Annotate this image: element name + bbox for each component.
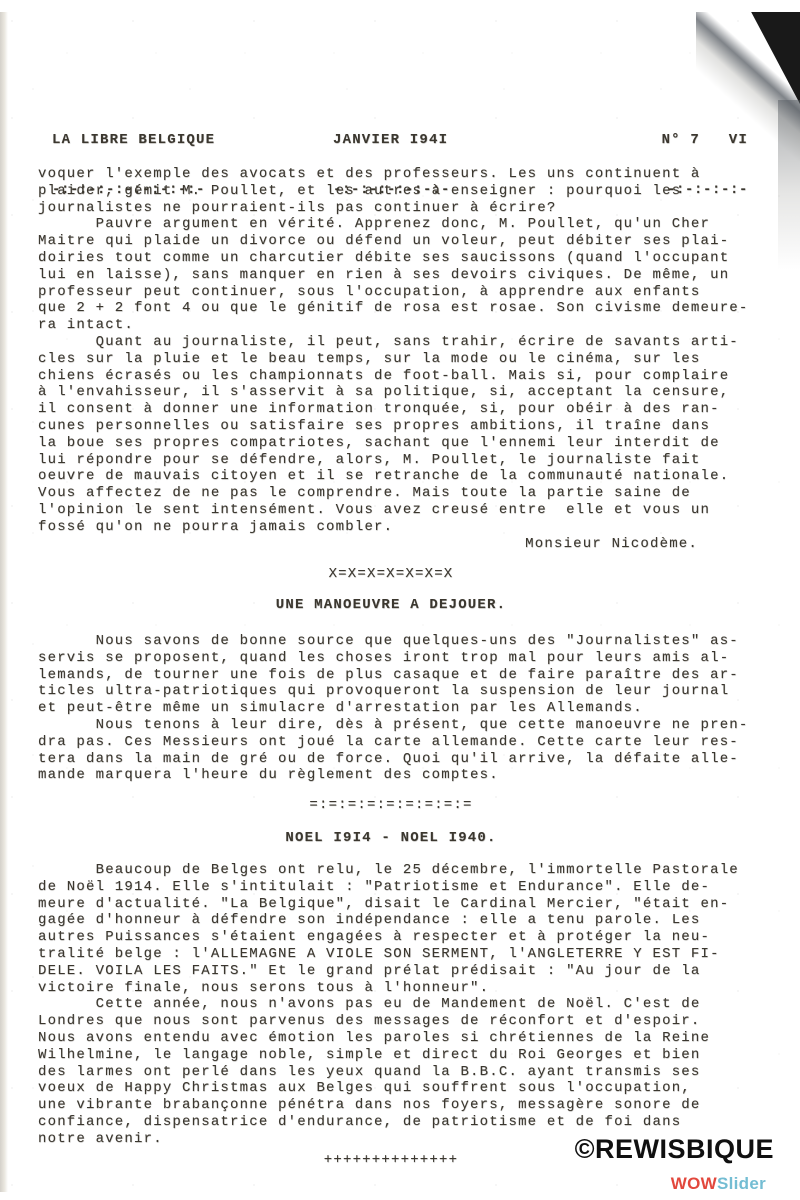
watermark-credit: ©REWISBIQUE <box>575 1134 774 1165</box>
section-separator-equals: =:=:=:=:=:=:=:=:= <box>38 797 744 814</box>
article-1-body: voquer l'exemple des avocats et des prof… <box>38 166 749 536</box>
article-3-heading: NOEL I9I4 - NOEL I940. <box>38 830 744 847</box>
article-1-signature: Monsieur Nicodème. <box>525 536 698 553</box>
section-separator-x: X=X=X=X=X=X=X <box>38 566 744 583</box>
newspaper-page: LA LIBRE BELGIQUE -:-:-:-:-:-:-:-:- JANV… <box>0 12 800 1192</box>
page-corner-shadow <box>734 12 800 104</box>
issue-date: JANVIER I94I <box>333 132 450 149</box>
issue-number: N° 7 VI <box>662 132 748 149</box>
wowslider-slider-text: Slider <box>717 1174 766 1193</box>
watermark-wowslider: WOWSlider <box>671 1174 766 1194</box>
scanned-document: LA LIBRE BELGIQUE -:-:-:-:-:-:-:-:- JANV… <box>0 0 800 1200</box>
wowslider-wow-text: WOW <box>671 1174 717 1193</box>
newspaper-title: LA LIBRE BELGIQUE <box>52 132 215 149</box>
article-2-heading: UNE MANOEUVRE A DEJOUER. <box>38 597 744 614</box>
page-right-edge-shadow <box>778 100 800 270</box>
article-2-body: Nous savons de bonne source que quelques… <box>38 633 749 784</box>
article-3-body: Beaucoup de Belges ont relu, le 25 décem… <box>38 862 739 1148</box>
page-left-edge-shadow <box>0 12 8 1192</box>
